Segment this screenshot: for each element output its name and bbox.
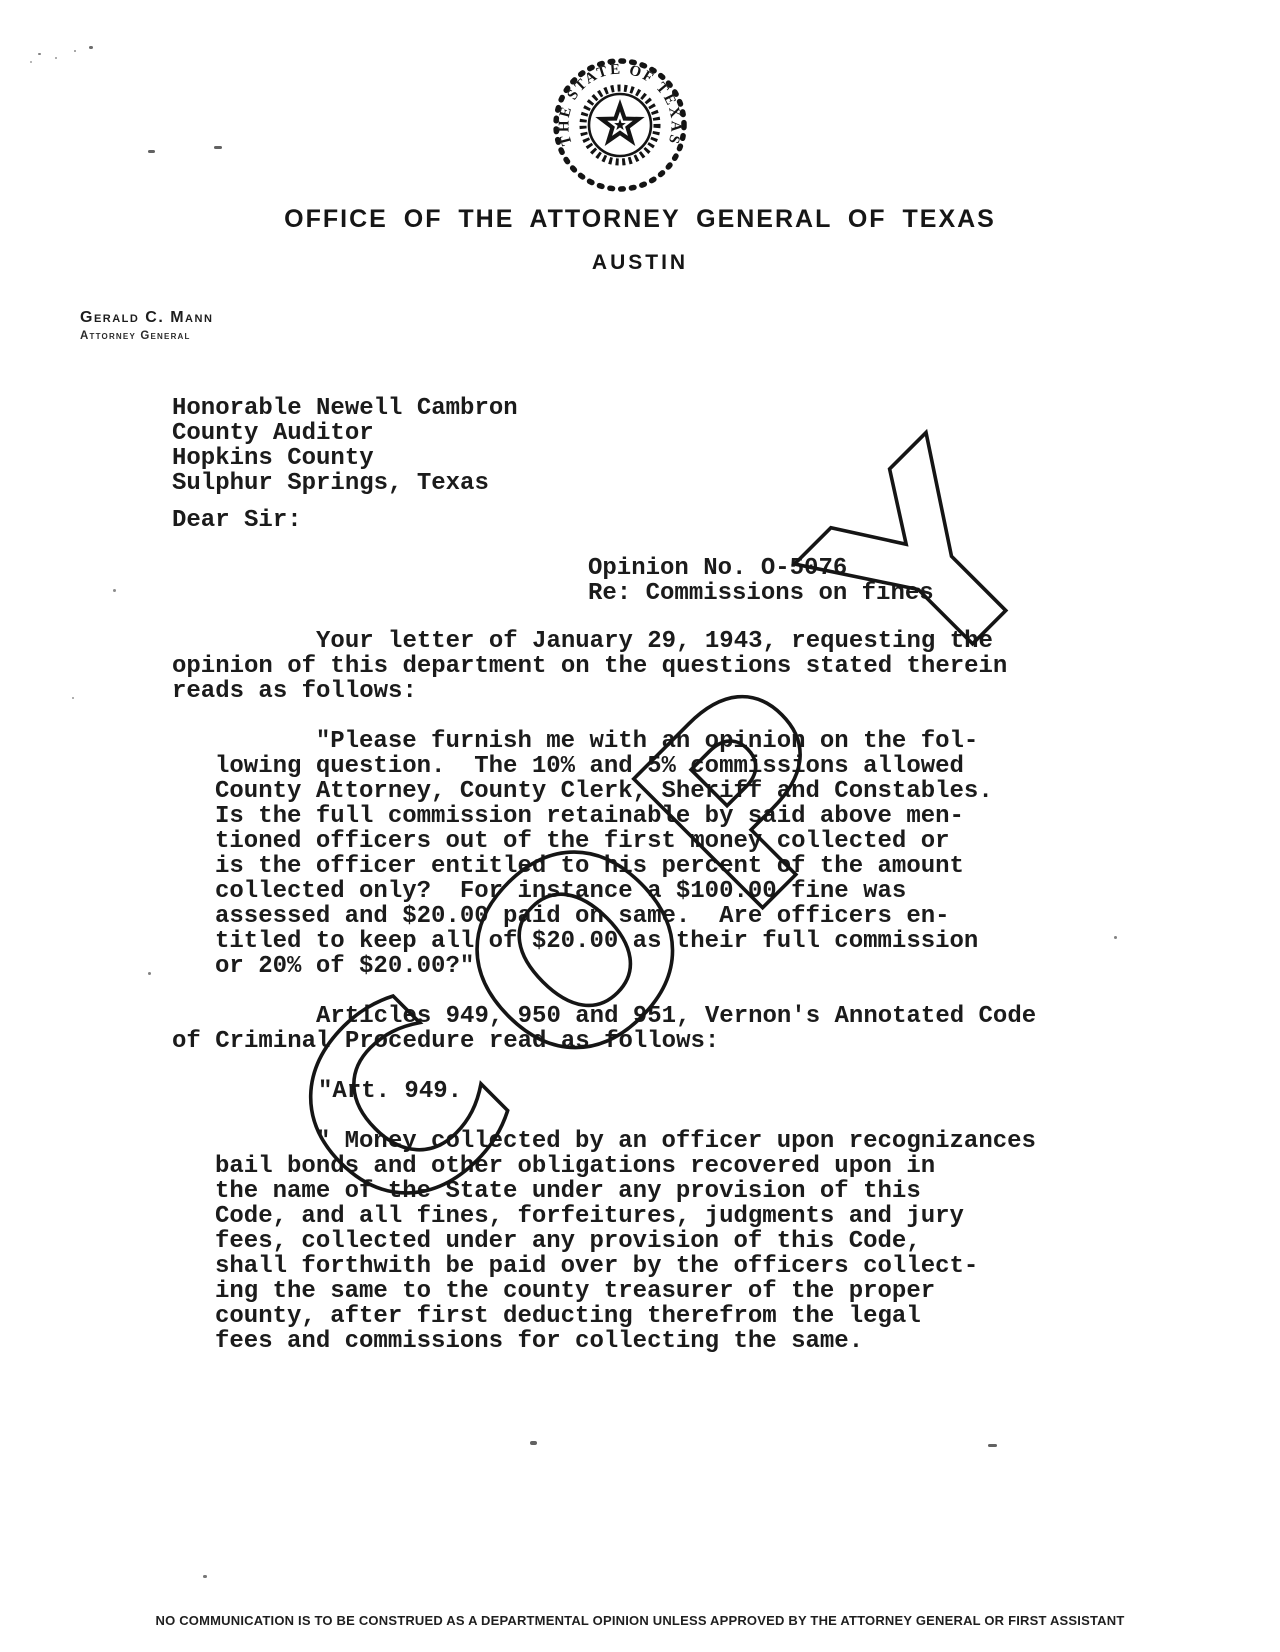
salutation: Dear Sir: [172,508,302,533]
paragraph-intro: Your letter of January 29, 1943, request… [172,629,1007,704]
recipient-address: Honorable Newell Cambron County Auditor … [172,396,518,496]
city-line: AUSTIN [0,251,1280,275]
scan-speck [38,53,41,55]
article-heading: "Art. 949. [318,1079,462,1104]
scan-speck [55,57,57,59]
footer-disclaimer: NO COMMUNICATION IS TO BE CONSTRUED AS A… [0,1613,1280,1628]
scan-speck [203,1575,207,1578]
scan-speck [148,150,155,153]
office-title: OFFICE OF THE ATTORNEY GENERAL OF TEXAS [0,205,1280,234]
scan-speck [89,46,93,49]
scan-speck [1114,936,1117,939]
scan-speck [530,1441,537,1445]
scan-speck [148,972,151,975]
scan-speck [72,697,74,699]
quoted-question: "Please furnish me with an opinion on th… [215,729,993,979]
officer-block: Gerald C. Mann Attorney General [80,309,213,342]
paragraph-articles: Articles 949, 950 and 951, Vernon's Anno… [172,1004,1036,1054]
scan-speck [988,1444,997,1447]
star-icon [595,99,644,146]
scanned-letter-page: THE STATE OF TEXAS OFFICE OF THE ATTORNE… [0,0,1280,1652]
officer-name: Gerald C. Mann [80,309,213,327]
scan-speck [214,146,222,149]
quoted-article-949: " Money collected by an officer upon rec… [215,1129,1036,1354]
scan-speck [74,50,76,52]
texas-state-seal-icon: THE STATE OF TEXAS [547,52,693,198]
officer-title: Attorney General [80,330,213,342]
scan-speck [30,61,32,63]
reference-block: Opinion No. O-5076 Re: Commissions on fi… [588,556,934,606]
scan-speck [113,589,116,592]
